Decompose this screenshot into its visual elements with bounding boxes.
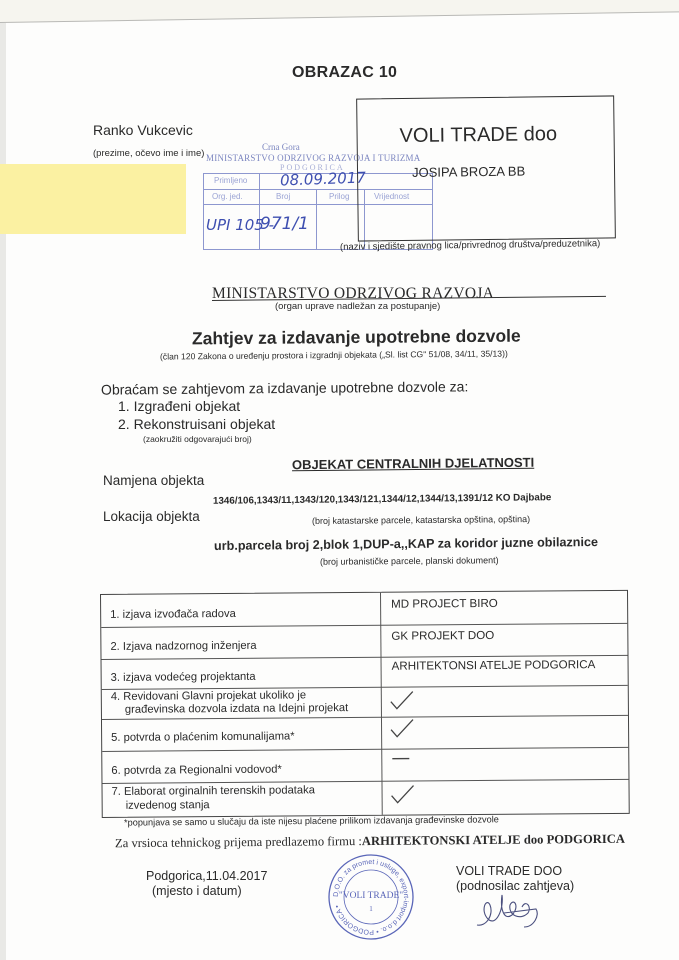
- option-reconstructed: 2. Rekonstruisani objekat: [118, 416, 275, 432]
- doc-label: 1. izjava izvođača radova: [110, 608, 236, 622]
- stamp-number: 971/1: [260, 214, 309, 234]
- request-intro: Obraćam se zahtjevom za izdavanje upotre…: [101, 378, 468, 397]
- options-caption: (zaokružiti odgovarajući broj): [143, 434, 252, 444]
- stamp-col-attachment: Prilog: [329, 192, 349, 201]
- svg-text:1: 1: [369, 905, 373, 913]
- company-name: VOLI TRADE doo: [399, 123, 557, 148]
- doc-label: 7. Elaborat orginalnih terenskih podatak…: [112, 784, 315, 799]
- applicant-name-caption: (prezime, očevo ime i ime): [93, 148, 204, 159]
- doc-label: 5. potvrda o plaćenim komunalijama*: [111, 730, 295, 744]
- table-row: 6. potvrda za Regionalni vodovod*: [102, 747, 628, 784]
- table-row: 1. izjava izvođača radova MD PROJECT BIR…: [101, 591, 627, 628]
- urban-parcel-caption: (broj urbanističke parcele, planski doku…: [320, 555, 499, 567]
- doc-label: 2. Izjava nadzornog inženjera: [110, 640, 256, 654]
- stamp-received-label: Primljeno: [214, 176, 247, 185]
- company-address: JOSIPA BROZA BB: [412, 164, 525, 180]
- checkmark-icon: [389, 691, 415, 711]
- applicant-name: Ranko Vukcevic: [93, 122, 193, 138]
- table-row: 5. potvrda o plaćenim komunalijama*: [102, 715, 628, 752]
- redaction-sticky-note: [0, 164, 186, 234]
- svg-text:"VOLI TRADE": "VOLI TRADE": [339, 891, 403, 901]
- table-row: 2. Izjava nadzornog inženjera GK PROJEKT…: [101, 623, 627, 660]
- proposal-firm: ARHITEKTONSKI ATELJE doo PODGORICA: [362, 832, 625, 848]
- doc-value: ARHITEKTONSI ATELJE PODGORICA: [392, 658, 596, 673]
- purpose-label: Namjena objekta: [103, 473, 204, 488]
- table-row: 7. Elaborat orginalnih terenskih podatak…: [102, 779, 628, 815]
- stamp-received-date: 08.09.2017: [280, 169, 366, 190]
- option-built: 1. Izgrađeni objekat: [118, 398, 240, 414]
- stamp-country: Crna Gora: [262, 142, 300, 152]
- doc-value: GK PROJEKT DOO: [391, 629, 494, 643]
- applicant-company: VOLI TRADE DOO: [456, 864, 562, 878]
- doc-label: 6. potvrda za Regionalni vodovod*: [111, 764, 282, 778]
- company-box: VOLI TRADE doo JOSIPA BROZA BB: [356, 95, 616, 241]
- doc-label-continued: građevinska dozvola izdata na Idejni pro…: [125, 702, 348, 717]
- signature-icon: [474, 887, 544, 933]
- company-seal-icon: D.O.O. za promet i usluge, export-import…: [327, 853, 415, 941]
- authority-caption: (organ uprave nadležan za postupanje): [275, 301, 440, 312]
- doc-label-continued: izvedenog stanja: [126, 799, 210, 813]
- location-caption: (broj katastarske parcele, katastarska o…: [312, 514, 530, 526]
- doc-value: MD PROJECT BIRO: [391, 597, 498, 611]
- stamp-col-number: Broj: [276, 192, 290, 201]
- location-label: Lokacija objekta: [103, 509, 200, 524]
- checkmark-icon: [389, 719, 415, 739]
- stamp-col-org: Org. jed.: [212, 192, 243, 201]
- purpose-value: OBJEKAT CENTRALNIH DJELATNOSTI: [292, 455, 534, 473]
- place-date: Podgorica,11.04.2017: [146, 869, 267, 883]
- doc-label: 3. izjava vodećeg projektanta: [111, 671, 256, 685]
- place-date-caption: (mjesto i datum): [152, 884, 242, 898]
- document-title: Zahtjev za izdavanje upotrebne dozvole: [192, 326, 521, 350]
- form-code: OBRAZAC 10: [292, 64, 397, 82]
- proposal-prefix: Za vrsioca tehnickog prijema predlazemo …: [115, 834, 362, 850]
- documents-table: 1. izjava izvođača radova MD PROJECT BIR…: [100, 590, 630, 818]
- dash-icon: [389, 753, 415, 773]
- checkmark-icon: [390, 785, 416, 805]
